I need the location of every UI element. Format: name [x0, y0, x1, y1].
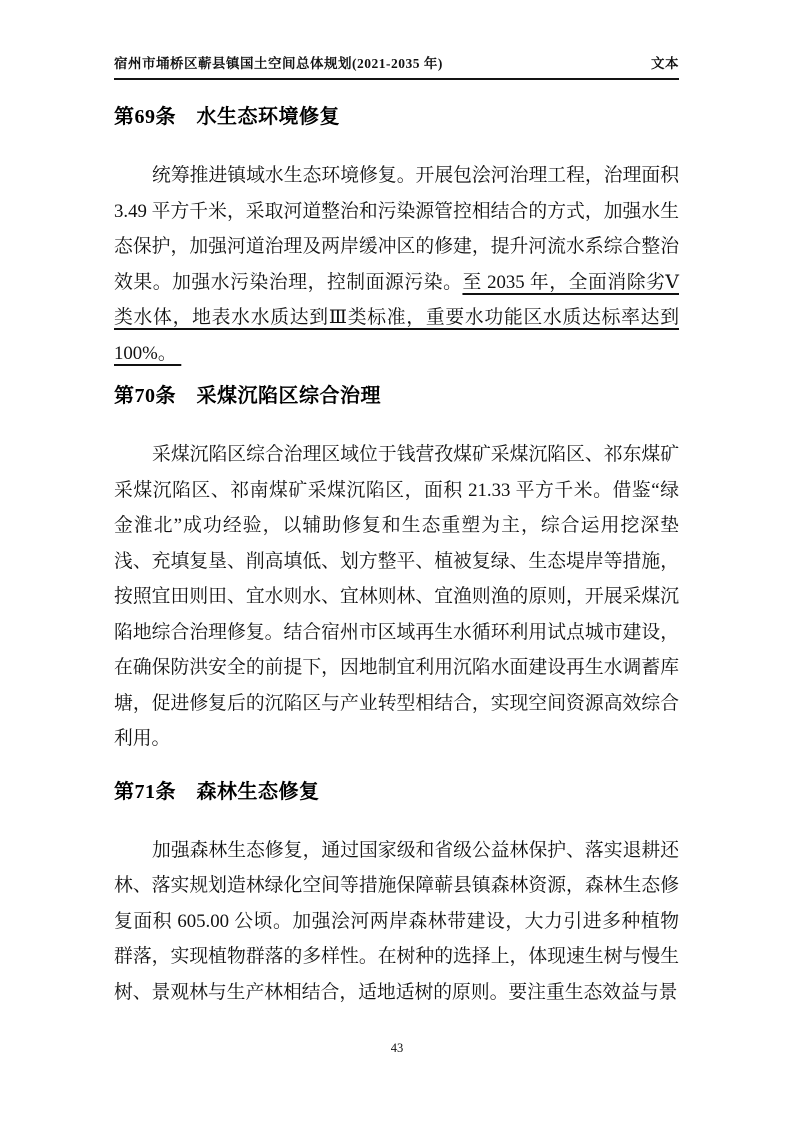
article-69-heading: 第69条 水生态环境修复	[114, 104, 679, 130]
article-71-heading: 第71条 森林生态修复	[114, 779, 679, 805]
article-69-paragraph: 统筹推进镇域水生态环境修复。开展包浍河治理工程，治理面积 3.49 平方千米，采…	[114, 158, 679, 371]
document-page: 宿州市埇桥区蕲县镇国土空间总体规划(2021-2035 年) 文本 第69条 水…	[0, 0, 794, 1123]
document-body: 第69条 水生态环境修复 统筹推进镇域水生态环境修复。开展包浍河治理工程，治理面…	[114, 80, 679, 1010]
section-article-69: 第69条 水生态环境修复 统筹推进镇域水生态环境修复。开展包浍河治理工程，治理面…	[114, 104, 679, 371]
article-70-heading: 第70条 采煤沉陷区综合治理	[114, 383, 679, 409]
page-footer: 43	[0, 1041, 794, 1056]
section-article-70: 第70条 采煤沉陷区综合治理 采煤沉陷区综合治理区域位于钱营孜煤矿采煤沉陷区、祁…	[114, 383, 679, 757]
section-article-71: 第71条 森林生态修复 加强森林生态修复，通过国家级和省级公益林保护、落实退耕还…	[114, 779, 679, 1011]
article-71-paragraph: 加强森林生态修复，通过国家级和省级公益林保护、落实退耕还林、落实规划造林绿化空间…	[114, 833, 679, 1011]
page-header: 宿州市埇桥区蕲县镇国土空间总体规划(2021-2035 年) 文本	[114, 54, 679, 80]
article-70-paragraph: 采煤沉陷区综合治理区域位于钱营孜煤矿采煤沉陷区、祁东煤矿采煤沉陷区、祁南煤矿采煤…	[114, 437, 679, 757]
header-document-title: 宿州市埇桥区蕲县镇国土空间总体规划(2021-2035 年)	[114, 54, 443, 74]
header-doc-type-label: 文本	[651, 54, 679, 74]
page-number: 43	[391, 1041, 404, 1055]
